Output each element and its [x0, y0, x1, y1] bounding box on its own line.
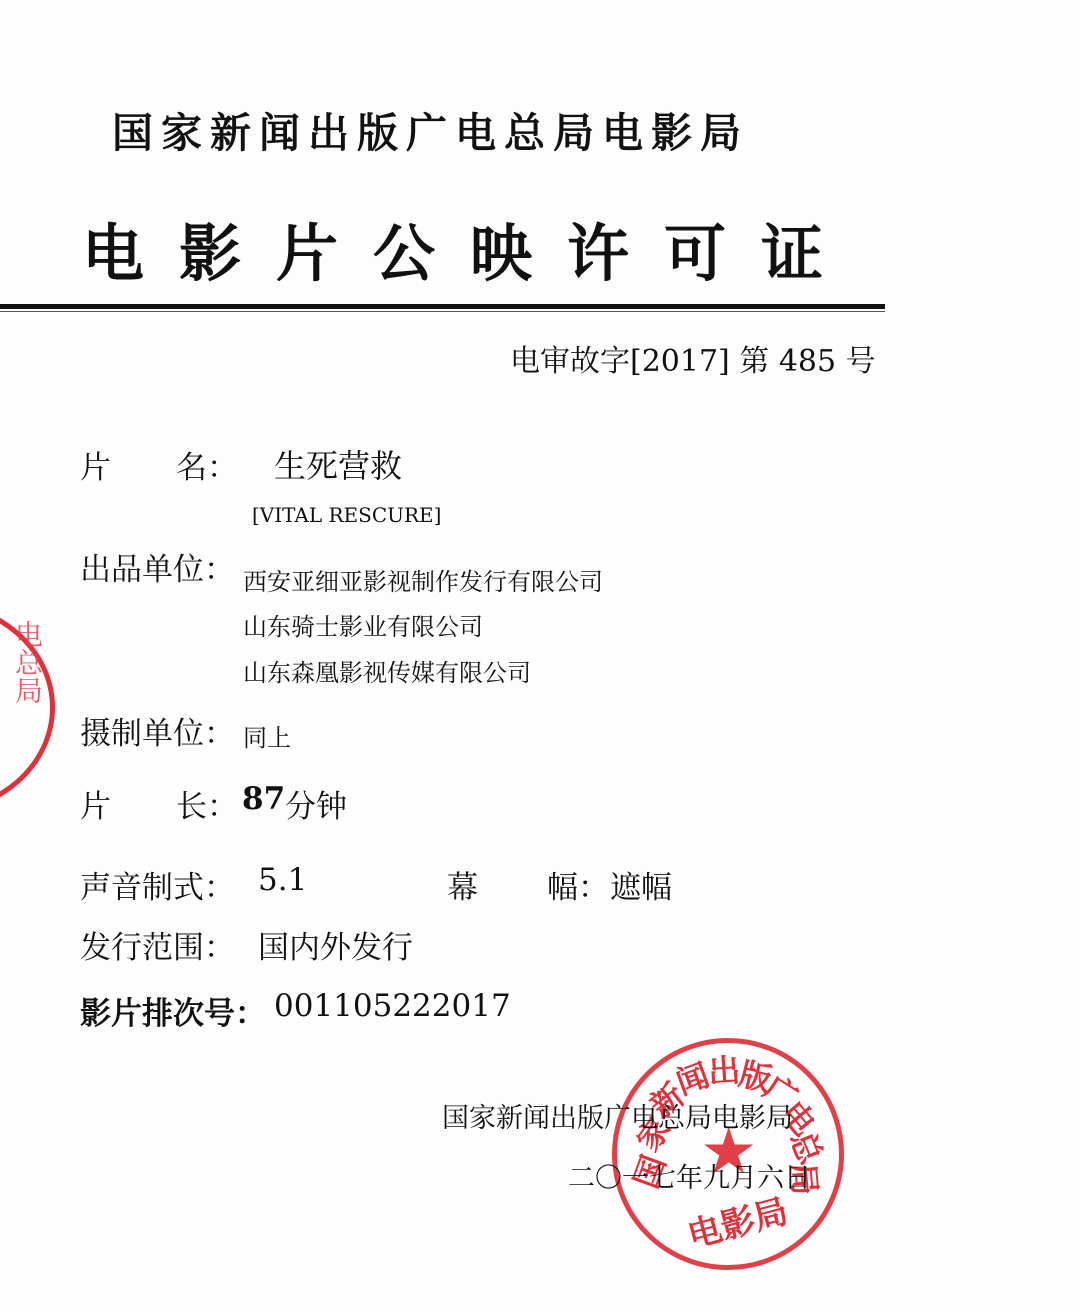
screen-value: 遮幅 — [610, 862, 672, 907]
issuer-header: 国家新闻出版广电总局电影局 — [112, 100, 749, 159]
title-rule-thin — [0, 311, 885, 312]
sound-format-value: 5.1 — [258, 862, 307, 898]
film-name-english: [VITAL RESCURE] — [252, 503, 441, 527]
filming-unit-value: 同上 — [243, 718, 291, 753]
serial-number-value: 001105222017 — [274, 988, 511, 1024]
filming-unit-label: 摄制单位： — [80, 708, 235, 753]
distribution-value: 国内外发行 — [258, 922, 413, 967]
signature-organization: 国家新闻出版广电总局电影局 — [442, 1096, 793, 1135]
film-name-label-a: 片 — [80, 442, 111, 487]
producer-item: 西安亚细亚影视制作发行有限公司 — [243, 562, 603, 597]
document-number: 电审故字[2017] 第 485 号 — [510, 336, 876, 380]
document-title: 电影片公映许可证 — [82, 204, 858, 293]
official-seal-left-text: 电总局 — [6, 620, 48, 704]
length-value-unit: 分钟 — [285, 781, 347, 826]
serial-number-label: 影片排次号： — [80, 988, 266, 1033]
length-label-b: 长： — [176, 781, 238, 826]
screen-label-b: 幅： — [547, 862, 609, 907]
producer-item: 山东骑士影业有限公司 — [243, 607, 483, 642]
distribution-label: 发行范围： — [80, 922, 235, 967]
producer-item: 山东森凰影视传媒有限公司 — [243, 653, 531, 688]
length-label-a: 片 — [80, 781, 111, 826]
producers-label: 出品单位： — [80, 544, 235, 589]
film-name-label-b: 名： — [176, 442, 238, 487]
title-rule-thick — [0, 304, 885, 309]
signature-date: 二〇一七年九月六日 — [568, 1156, 811, 1195]
screen-label-a: 幕 — [447, 862, 478, 907]
film-name-value: 生死营救 — [274, 441, 402, 487]
length-value-number: 87 — [242, 781, 285, 817]
sound-format-label: 声音制式： — [80, 862, 235, 907]
